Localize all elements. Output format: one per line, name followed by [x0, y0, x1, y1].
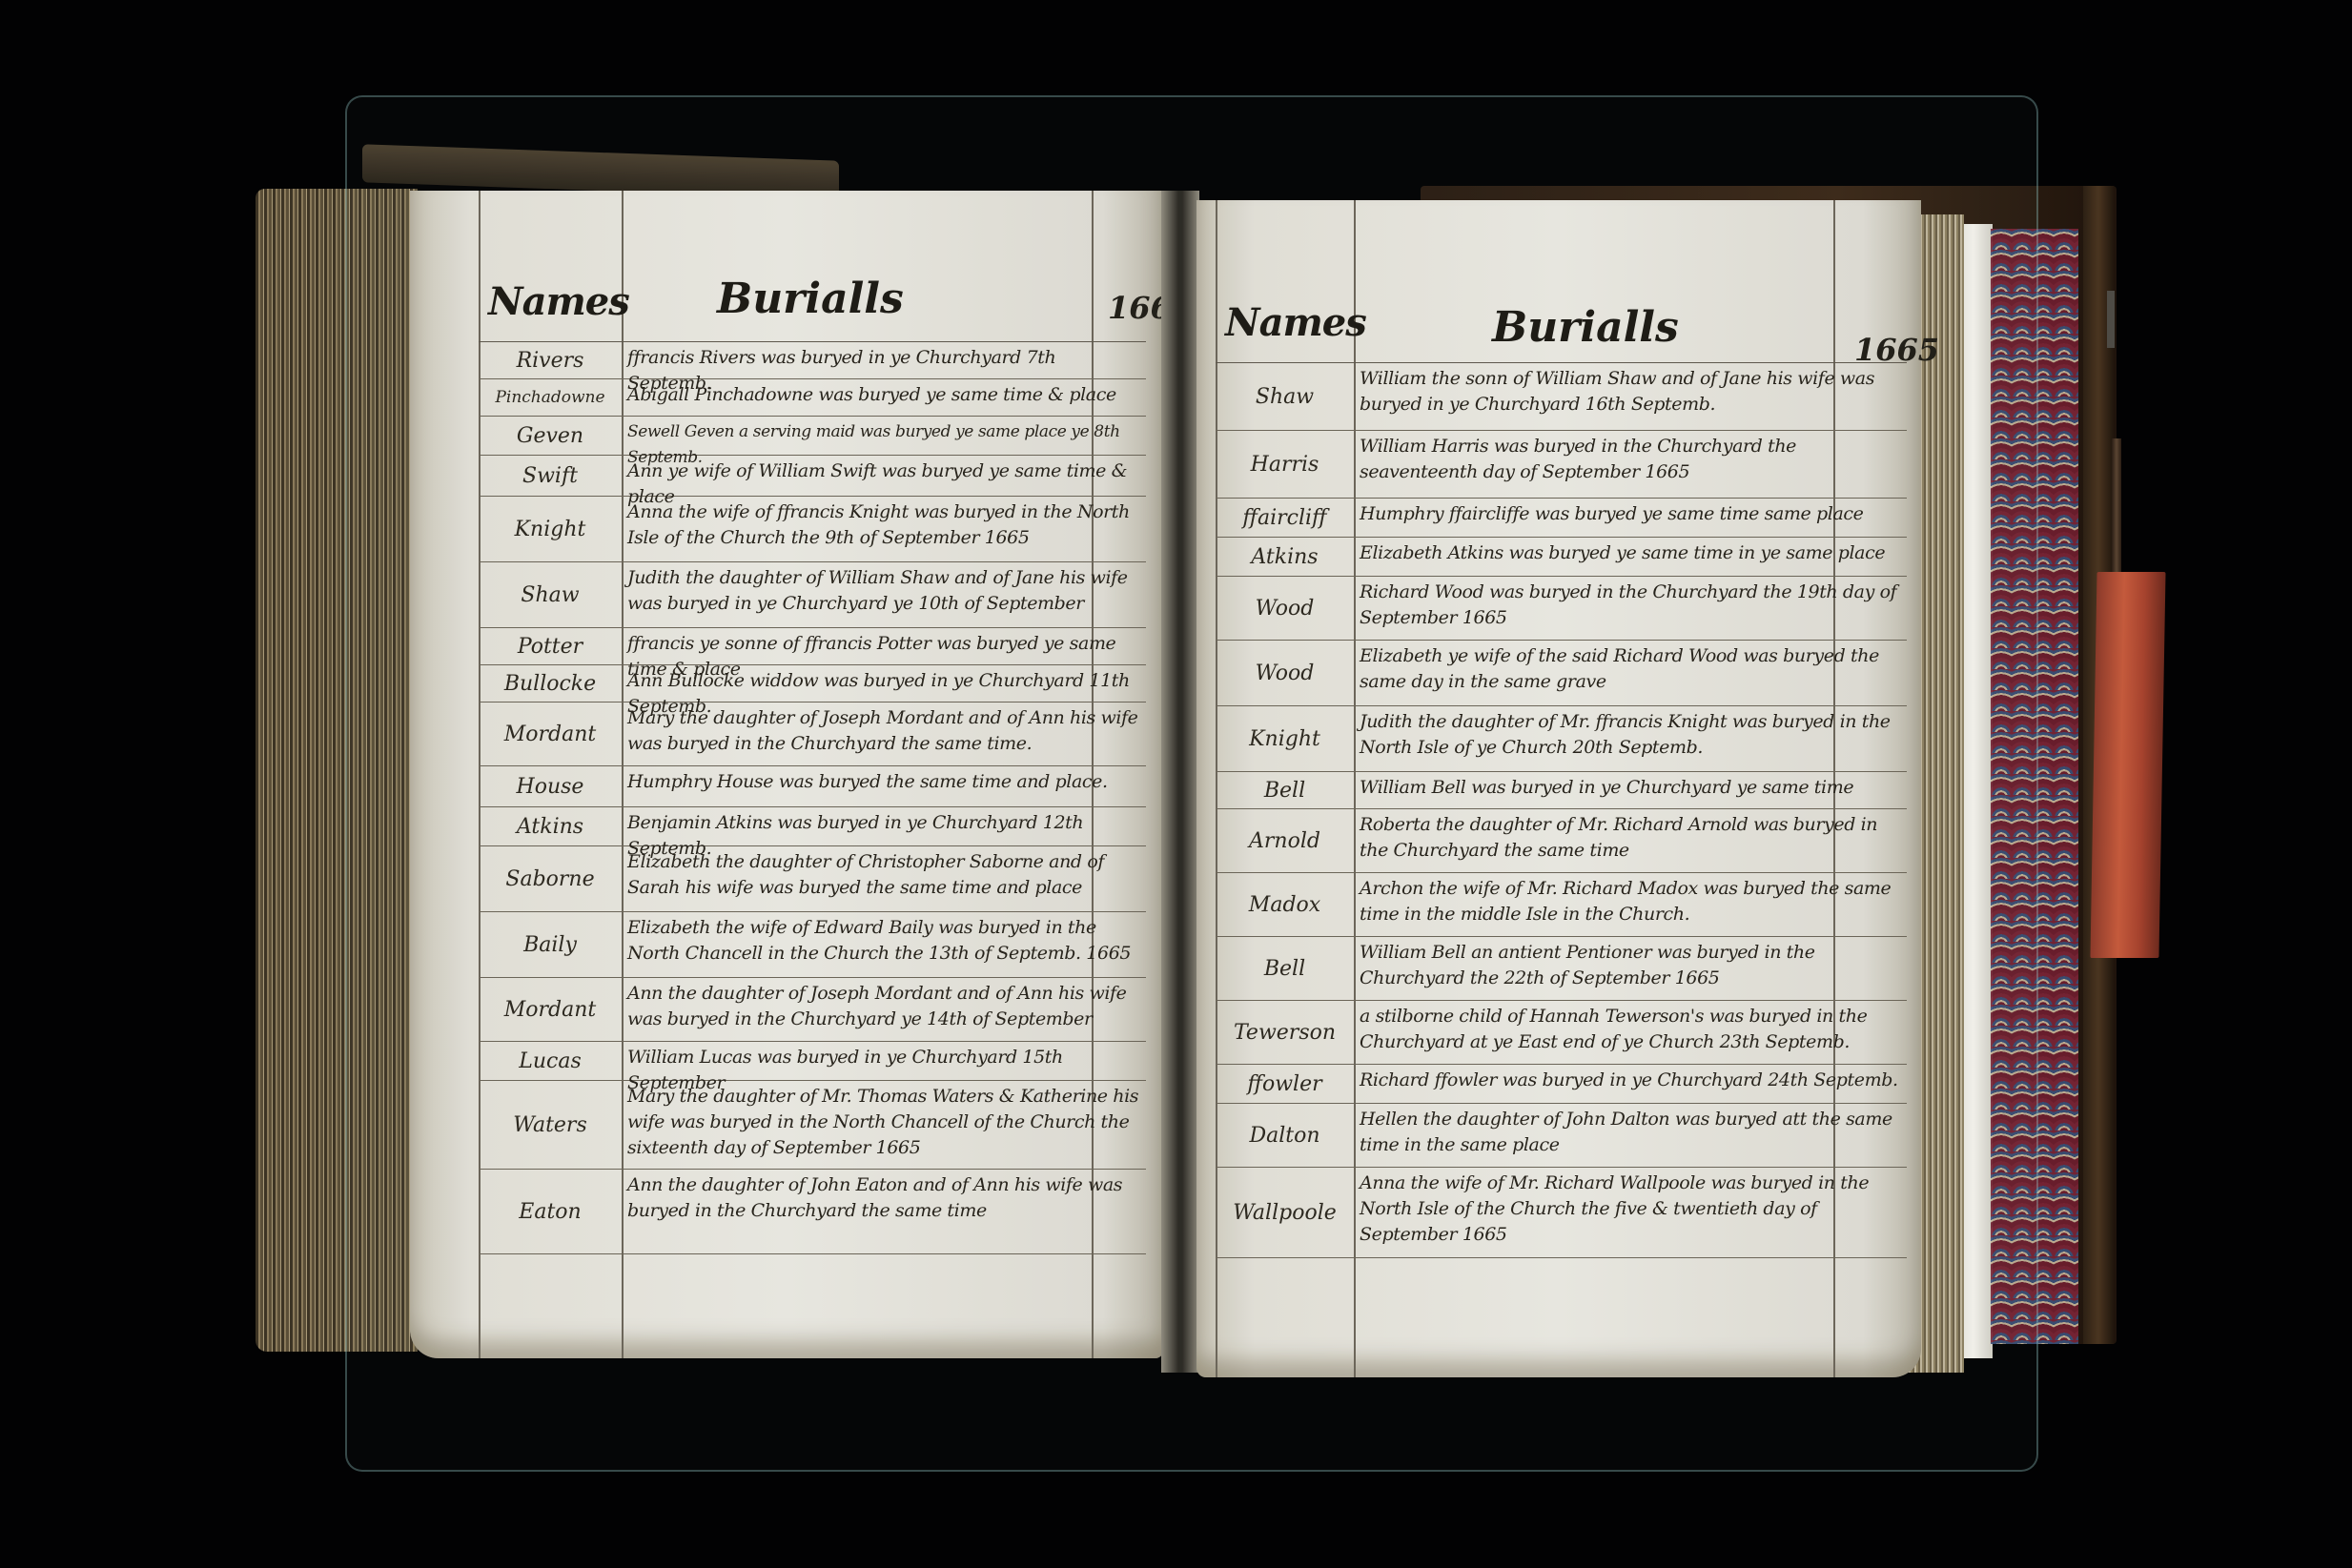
register-entry: WatersMary the daughter of Mr. Thomas Wa…	[479, 1081, 1146, 1170]
register-entry: WoodRichard Wood was buryed in the Churc…	[1216, 577, 1907, 641]
entry-surname: Shaw	[479, 562, 622, 627]
entry-text: Ann Bullocke widdow was buryed in ye Chu…	[622, 665, 1146, 702]
entry-text: William Bell was buryed in ye Churchyard…	[1354, 772, 1907, 808]
entry-text: Elizabeth ye wife of the said Richard Wo…	[1354, 641, 1907, 705]
entry-text: Anna the wife of ffrancis Knight was bur…	[622, 497, 1146, 561]
entry-text: Richard Wood was buryed in the Churchyar…	[1354, 577, 1907, 640]
register-entry: MordantAnn the daughter of Joseph Mordan…	[479, 978, 1146, 1042]
entry-text: ffrancis Rivers was buryed in ye Churchy…	[622, 342, 1146, 378]
register-entry: ArnoldRoberta the daughter of Mr. Richar…	[1216, 809, 1907, 873]
entry-text: Archon the wife of Mr. Richard Madox was…	[1354, 873, 1907, 936]
entry-surname: Wood	[1216, 577, 1354, 640]
entry-surname: Harris	[1216, 431, 1354, 498]
entry-surname: Saborne	[479, 846, 622, 911]
burials-heading: Burialls	[717, 275, 904, 323]
entry-surname: Pinchadowne	[479, 379, 622, 416]
register-entry: BailyElizabeth the wife of Edward Baily …	[479, 912, 1146, 978]
register-entry: AtkinsElizabeth Atkins was buryed ye sam…	[1216, 538, 1907, 577]
names-column-header: Names	[1225, 300, 1366, 345]
entry-text: William Lucas was buryed in ye Churchyar…	[622, 1042, 1146, 1080]
entry-text: Elizabeth the wife of Edward Baily was b…	[622, 912, 1146, 977]
entry-text: Humphry ffaircliffe was buryed ye same t…	[1354, 499, 1907, 537]
entry-surname: Shaw	[1216, 363, 1354, 430]
register-entry: BullockeAnn Bullocke widdow was buryed i…	[479, 665, 1146, 703]
register-entry: DaltonHellen the daughter of John Dalton…	[1216, 1104, 1907, 1168]
entry-surname: Potter	[479, 628, 622, 664]
burials-heading: Burialls	[1492, 303, 1679, 352]
burial-register-right: Names Burialls 1665 ShawWilliam the sonn…	[1216, 286, 1907, 1258]
entry-surname: Eaton	[479, 1170, 622, 1253]
register-entry: MordantMary the daughter of Joseph Morda…	[479, 703, 1146, 766]
entry-text: Abigall Pinchadowne was buryed ye same t…	[622, 379, 1146, 416]
entry-surname: Knight	[479, 497, 622, 561]
entry-text: Benjamin Atkins was buryed in ye Churchy…	[622, 807, 1146, 845]
entry-surname: Waters	[479, 1081, 622, 1169]
register-entry: GevenSewell Geven a serving maid was bur…	[479, 417, 1146, 456]
entry-text: Mary the daughter of Joseph Mordant and …	[622, 703, 1146, 765]
left-fore-edge	[256, 189, 418, 1352]
entry-text: Mary the daughter of Mr. Thomas Waters &…	[622, 1081, 1146, 1169]
entry-surname: Arnold	[1216, 809, 1354, 872]
burial-register-left: Names Burialls 1665 Riversffrancis River…	[479, 265, 1146, 1254]
register-entry: BellWilliam Bell an antient Pentioner wa…	[1216, 937, 1907, 1001]
register-entry: LucasWilliam Lucas was buryed in ye Chur…	[479, 1042, 1146, 1081]
entry-surname: ffaircliff	[1216, 499, 1354, 537]
entry-surname: Rivers	[479, 342, 622, 378]
entry-surname: Bell	[1216, 937, 1354, 1000]
entry-text: William the sonn of William Shaw and of …	[1354, 363, 1907, 430]
register-entry: PinchadowneAbigall Pinchadowne was burye…	[479, 379, 1146, 417]
entry-surname: Lucas	[479, 1042, 622, 1080]
entry-text: Ann ye wife of William Swift was buryed …	[622, 456, 1146, 496]
register-entry: MadoxArchon the wife of Mr. Richard Mado…	[1216, 873, 1907, 937]
entry-surname: Atkins	[479, 807, 622, 845]
register-entry: HarrisWilliam Harris was buryed in the C…	[1216, 431, 1907, 499]
entry-text: Hellen the daughter of John Dalton was b…	[1354, 1104, 1907, 1167]
entry-surname: Mordant	[479, 703, 622, 765]
entry-text: Elizabeth the daughter of Christopher Sa…	[622, 846, 1146, 911]
entry-text: Roberta the daughter of Mr. Richard Arno…	[1354, 809, 1907, 872]
entry-text: Elizabeth Atkins was buryed ye same time…	[1354, 538, 1907, 576]
marbled-endpaper	[1991, 229, 2078, 1344]
entry-surname: Wood	[1216, 641, 1354, 705]
entry-text: a stilborne child of Hannah Tewerson's w…	[1354, 1001, 1907, 1064]
register-header: Names Burialls 1665	[1216, 286, 1907, 363]
entry-surname: Tewerson	[1216, 1001, 1354, 1064]
register-entry: Tewersona stilborne child of Hannah Tewe…	[1216, 1001, 1907, 1065]
entry-text: Anna the wife of Mr. Richard Wallpoole w…	[1354, 1168, 1907, 1257]
register-entry: Riversffrancis Rivers was buryed in ye C…	[479, 342, 1146, 379]
register-entry: HouseHumphry House was buryed the same t…	[479, 766, 1146, 807]
entry-text: William Bell an antient Pentioner was bu…	[1354, 937, 1907, 1000]
entry-text: Ann the daughter of Joseph Mordant and o…	[622, 978, 1146, 1041]
register-entry: ffowlerRichard ffowler was buryed in ye …	[1216, 1065, 1907, 1104]
register-entry: WallpooleAnna the wife of Mr. Richard Wa…	[1216, 1168, 1907, 1258]
register-entry: SwiftAnn ye wife of William Swift was bu…	[479, 456, 1146, 497]
register-header: Names Burialls 1665	[479, 265, 1146, 342]
entry-surname: Baily	[479, 912, 622, 977]
entry-text: ffrancis ye sonne of ffrancis Potter was…	[622, 628, 1146, 664]
register-entry: AtkinsBenjamin Atkins was buryed in ye C…	[479, 807, 1146, 846]
register-entry: BellWilliam Bell was buryed in ye Church…	[1216, 772, 1907, 809]
entry-surname: Swift	[479, 456, 622, 496]
register-entry: ShawJudith the daughter of William Shaw …	[479, 562, 1146, 628]
register-entry: SaborneElizabeth the daughter of Christo…	[479, 846, 1146, 912]
entry-surname: Bell	[1216, 772, 1354, 808]
entry-surname: Bullocke	[479, 665, 622, 702]
entry-surname: Geven	[479, 417, 622, 455]
entry-text: Judith the daughter of William Shaw and …	[622, 562, 1146, 627]
bookmark-cord	[2112, 438, 2121, 577]
entry-surname: Madox	[1216, 873, 1354, 936]
register-entry: WoodElizabeth ye wife of the said Richar…	[1216, 641, 1907, 706]
entry-text: Judith the daughter of Mr. ffrancis Knig…	[1354, 706, 1907, 771]
book-gutter	[1161, 191, 1199, 1373]
entry-surname: Atkins	[1216, 538, 1354, 576]
register-entry: KnightJudith the daughter of Mr. ffranci…	[1216, 706, 1907, 772]
register-entry: Potterffrancis ye sonne of ffrancis Pott…	[479, 628, 1146, 665]
right-page: Names Burialls 1665 ShawWilliam the sonn…	[1196, 200, 1921, 1377]
entry-surname: Wallpoole	[1216, 1168, 1354, 1257]
register-entry: EatonAnn the daughter of John Eaton and …	[479, 1170, 1146, 1254]
entry-text: Sewell Geven a serving maid was buryed y…	[622, 417, 1146, 455]
clasp-icon	[2107, 291, 2115, 348]
entry-surname: Dalton	[1216, 1104, 1354, 1167]
register-entry: KnightAnna the wife of ffrancis Knight w…	[479, 497, 1146, 562]
entry-surname: ffowler	[1216, 1065, 1354, 1103]
entry-text: William Harris was buryed in the Churchy…	[1354, 431, 1907, 498]
bookmark-ribbon	[2090, 572, 2165, 958]
entry-surname: Mordant	[479, 978, 622, 1041]
entry-text: Richard ffowler was buryed in ye Churchy…	[1354, 1065, 1907, 1103]
register-entry: ShawWilliam the sonn of William Shaw and…	[1216, 363, 1907, 431]
entry-surname: House	[479, 766, 622, 806]
register-entry: ffaircliffHumphry ffaircliffe was buryed…	[1216, 499, 1907, 538]
entry-text: Humphry House was buryed the same time a…	[622, 766, 1146, 806]
left-page: Names Burialls 1665 Riversffrancis River…	[410, 191, 1163, 1358]
names-column-header: Names	[488, 279, 629, 324]
entry-surname: Knight	[1216, 706, 1354, 771]
entry-text: Ann the daughter of John Eaton and of An…	[622, 1170, 1146, 1253]
